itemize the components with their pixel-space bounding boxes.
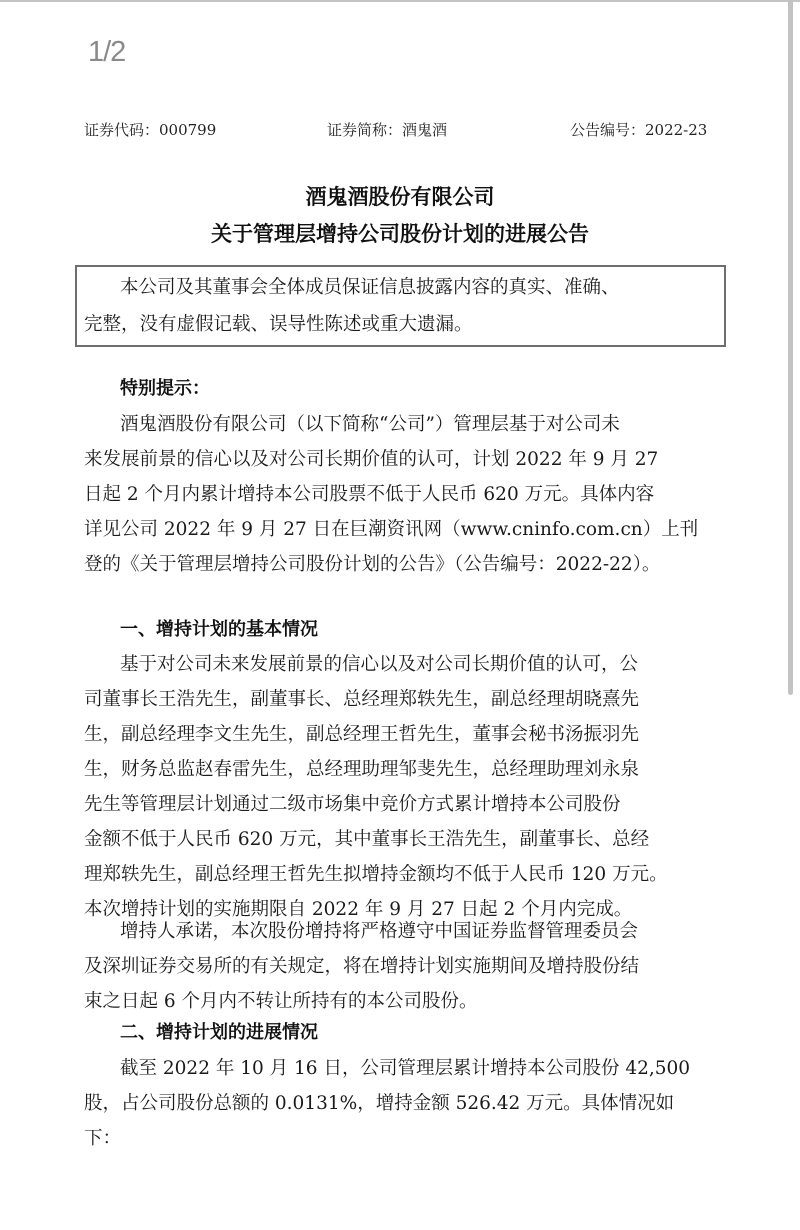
page-indicator: 1/2: [88, 36, 125, 69]
section2-line: 股，占公司股份总额的 0.0131%，增持金额 526.42 万元。具体情况如: [84, 1089, 674, 1115]
section1-heading: 一、增持计划的基本情况: [120, 615, 318, 641]
section2-line: 截至 2022 年 10 月 16 日，公司管理层累计增持本公司股份 42,50…: [120, 1054, 690, 1080]
announcement-title: 关于管理层增持公司股份计划的进展公告: [0, 218, 800, 248]
disclaimer-line: 完整，没有虚假记载、误导性陈述或重大遗漏。: [84, 310, 473, 336]
section2-heading: 二、增持计划的进展情况: [120, 1018, 318, 1044]
special-note-line: 详见公司 2022 年 9 月 27 日在巨潮资讯网（www.cninfo.co…: [84, 515, 698, 541]
section2-line: 下：: [84, 1124, 121, 1150]
disclaimer-line: 本公司及其董事会全体成员保证信息披露内容的真实、准确、: [120, 273, 620, 299]
special-note-heading: 特别提示：: [120, 374, 210, 400]
section1-commitment-line: 增持人承诺，本次股份增持将严格遵守中国证券监督管理委员会: [120, 917, 638, 943]
section1-line: 生，副总经理李文生先生，副总经理王哲先生，董事会秘书汤振羽先: [84, 720, 639, 746]
company-title: 酒鬼酒股份有限公司: [0, 181, 800, 211]
special-note-line: 酒鬼酒股份有限公司（以下简称“公司”）管理层基于对公司未: [120, 410, 620, 436]
vertical-scrollbar[interactable]: [788, 0, 793, 695]
security-short-name: 证券简称：酒鬼酒: [327, 119, 447, 140]
special-note-line: 日起 2 个月内累计增持本公司股票不低于人民币 620 万元。具体内容: [84, 480, 654, 506]
special-note-line: 来发展前景的信心以及对公司长期价值的认可，计划 2022 年 9 月 27: [84, 445, 658, 471]
section1-line: 金额不低于人民币 620 万元，其中董事长王浩先生，副董事长、总经: [84, 825, 649, 851]
section1-line: 基于对公司未来发展前景的信心以及对公司长期价值的认可，公: [120, 650, 638, 676]
section1-commitment-line: 束之日起 6 个月内不转让所持有的本公司股份。: [84, 987, 478, 1013]
section1-line: 生，财务总监赵春雷先生，总经理助理邹斐先生，总经理助理刘永泉: [84, 755, 639, 781]
section1-commitment-line: 及深圳证券交易所的有关规定，将在增持计划实施期间及增持股份结: [84, 952, 639, 978]
viewer-top-border: [0, 0, 800, 2]
section1-line: 司董事长王浩先生，副董事长、总经理郑轶先生，副总经理胡晓熹先: [84, 685, 639, 711]
document-header-row: 证券代码：000799 证券简称：酒鬼酒 公告编号：2022-23: [0, 119, 800, 145]
section1-line: 先生等管理层计划通过二级市场集中竞价方式累计增持本公司股份: [84, 790, 621, 816]
section1-line: 理郑轶先生，副总经理王哲先生拟增持金额均不低于人民币 120 万元。: [84, 860, 668, 886]
security-code: 证券代码：000799: [84, 119, 216, 140]
announcement-number: 公告编号：2022-23: [570, 119, 707, 140]
special-note-line: 登的《关于管理层增持公司股份计划的公告》（公告编号：2022-22）。: [84, 550, 660, 576]
